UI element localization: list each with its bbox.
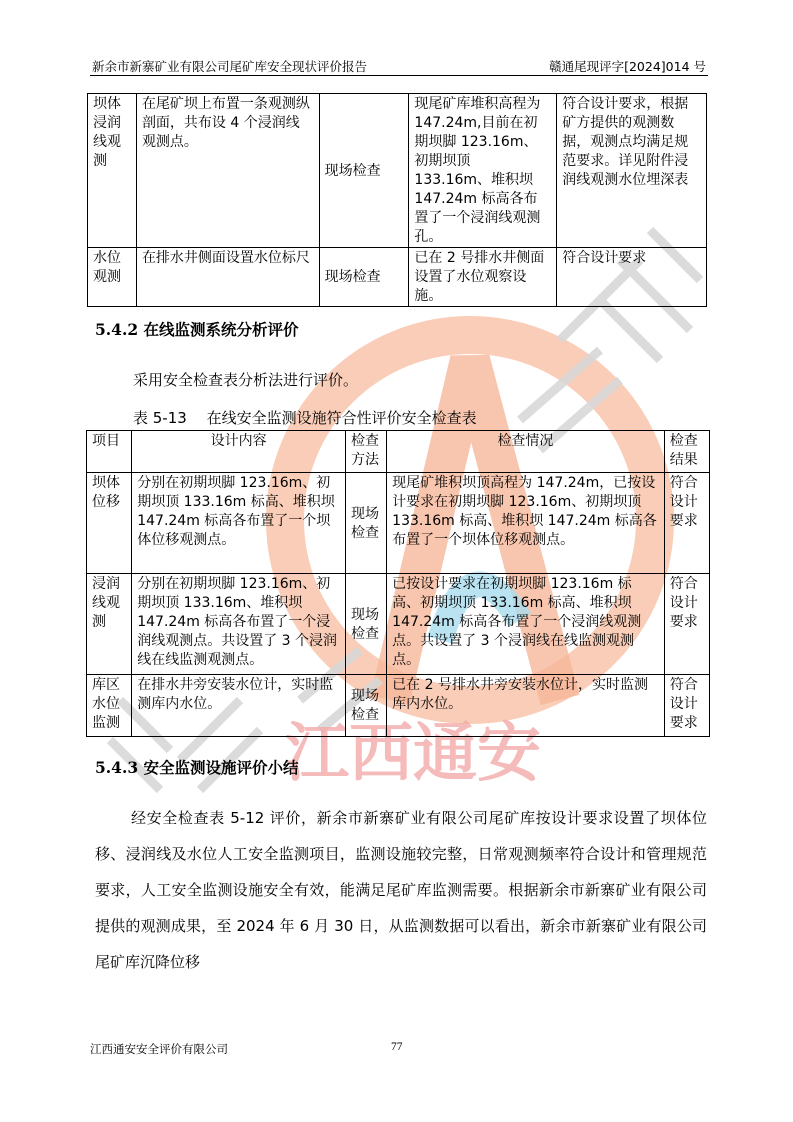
monitoring-table-continued: 坝体浸润线观测 在尾矿坝上布置一条观测纵剖面，共布设 4 个浸润线观测点。 现场… [87, 93, 707, 307]
cell-method: 现场检查 [319, 94, 409, 248]
header-status: 检查情况 [387, 431, 665, 473]
intro-paragraph: 采用安全检查表分析法进行评价。 [133, 369, 358, 390]
cell-item: 库区水位监测 [87, 675, 132, 737]
table-row: 坝体位移 分别在初期坝脚 123.16m、初期坝顶 133.16m 标高、堆积坝… [87, 473, 710, 574]
cell-result: 符合设计要求，根据矿方提供的观测数据，观测点均满足规范要求。详见附件浸润线观测水… [557, 94, 707, 248]
cell-result: 符合设计要求 [664, 675, 709, 737]
cell-item: 浸润线观测 [87, 574, 132, 675]
cell-status: 已按设计要求在初期坝脚 123.16m 标高、初期坝顶 133.16m 标高、堆… [387, 574, 665, 675]
header-item: 项目 [87, 431, 132, 473]
cell-method: 现场检查 [346, 574, 387, 675]
cell-status: 现尾矿堆积坝顶高程为 147.24m，已按设计要求在初期坝脚 123.16m、初… [387, 473, 665, 574]
report-number: 赣通尾现评字[2024]014 号 [549, 57, 706, 75]
table-caption: 表 5-13 在线安全监测设施符合性评价安全检查表 [133, 407, 477, 428]
cell-design: 分别在初期坝脚 123.16m、初期坝顶 133.16m 标高、堆积坝 147.… [132, 473, 346, 574]
table-row: 水位观测 在排水井侧面设置水位标尺 现场检查 已在 2 号排水井侧面设置了水位观… [88, 248, 707, 307]
header-result: 检查结果 [664, 431, 709, 473]
cell-status: 已在 2 号排水井侧面设置了水位观察设施。 [409, 248, 557, 307]
table-row: 坝体浸润线观测 在尾矿坝上布置一条观测纵剖面，共布设 4 个浸润线观测点。 现场… [88, 94, 707, 248]
cell-result: 符合设计要求 [557, 248, 707, 307]
cell-result: 符合设计要求 [664, 574, 709, 675]
page-number: 77 [391, 1041, 403, 1053]
cell-item: 坝体位移 [87, 473, 132, 574]
cell-method: 现场检查 [346, 473, 387, 574]
summary-paragraph: 经安全检查表 5-12 评价，新余市新寨矿业有限公司尾矿库按设计要求设置了坝体位… [95, 800, 707, 980]
header-method: 检查方法 [346, 431, 387, 473]
footer-company: 江西通安安全评价有限公司 [90, 1041, 228, 1057]
report-title: 新余市新寨矿业有限公司尾矿库安全现状评价报告 [92, 57, 367, 75]
cell-status: 现尾矿库堆积高程为 147.24m,目前在初期坝脚 123.16m、初期坝顶 1… [409, 94, 557, 248]
cell-status: 已在 2 号排水井旁安装水位计，实时监测库内水位。 [387, 675, 665, 737]
cell-design: 在尾矿坝上布置一条观测纵剖面，共布设 4 个浸润线观测点。 [136, 94, 319, 248]
section-heading-5-4-2: 5.4.2 在线监测系统分析评价 [95, 318, 299, 340]
document-page: 江西通安 新余市新寨矿业有限公司尾矿库安全现状评价报告 赣通尾现评字[2024]… [0, 0, 793, 1122]
cell-design: 在排水井侧面设置水位标尺 [136, 248, 319, 307]
cell-result: 符合设计要求 [664, 473, 709, 574]
cell-item: 水位观测 [88, 248, 137, 307]
cell-method: 现场检查 [319, 248, 409, 307]
header-design: 设计内容 [132, 431, 346, 473]
section-heading-5-4-3: 5.4.3 安全监测设施评价小结 [95, 756, 299, 778]
table-row: 库区水位监测 在排水井旁安装水位计，实时监测库内水位。 现场检查 已在 2 号排… [87, 675, 710, 737]
cell-design: 分别在初期坝脚 123.16m、初期坝顶 133.16m、堆积坝 147.24m… [132, 574, 346, 675]
cell-design: 在排水井旁安装水位计，实时监测库内水位。 [132, 675, 346, 737]
table-5-13: 项目 设计内容 检查方法 检查情况 检查结果 坝体位移 分别在初期坝脚 123.… [86, 430, 710, 737]
cell-method: 现场检查 [346, 675, 387, 737]
table-header-row: 项目 设计内容 检查方法 检查情况 检查结果 [87, 431, 710, 473]
cell-item: 坝体浸润线观测 [88, 94, 137, 248]
table-row: 浸润线观测 分别在初期坝脚 123.16m、初期坝顶 133.16m、堆积坝 1… [87, 574, 710, 675]
page-header: 新余市新寨矿业有限公司尾矿库安全现状评价报告 赣通尾现评字[2024]014 号 [90, 57, 708, 76]
